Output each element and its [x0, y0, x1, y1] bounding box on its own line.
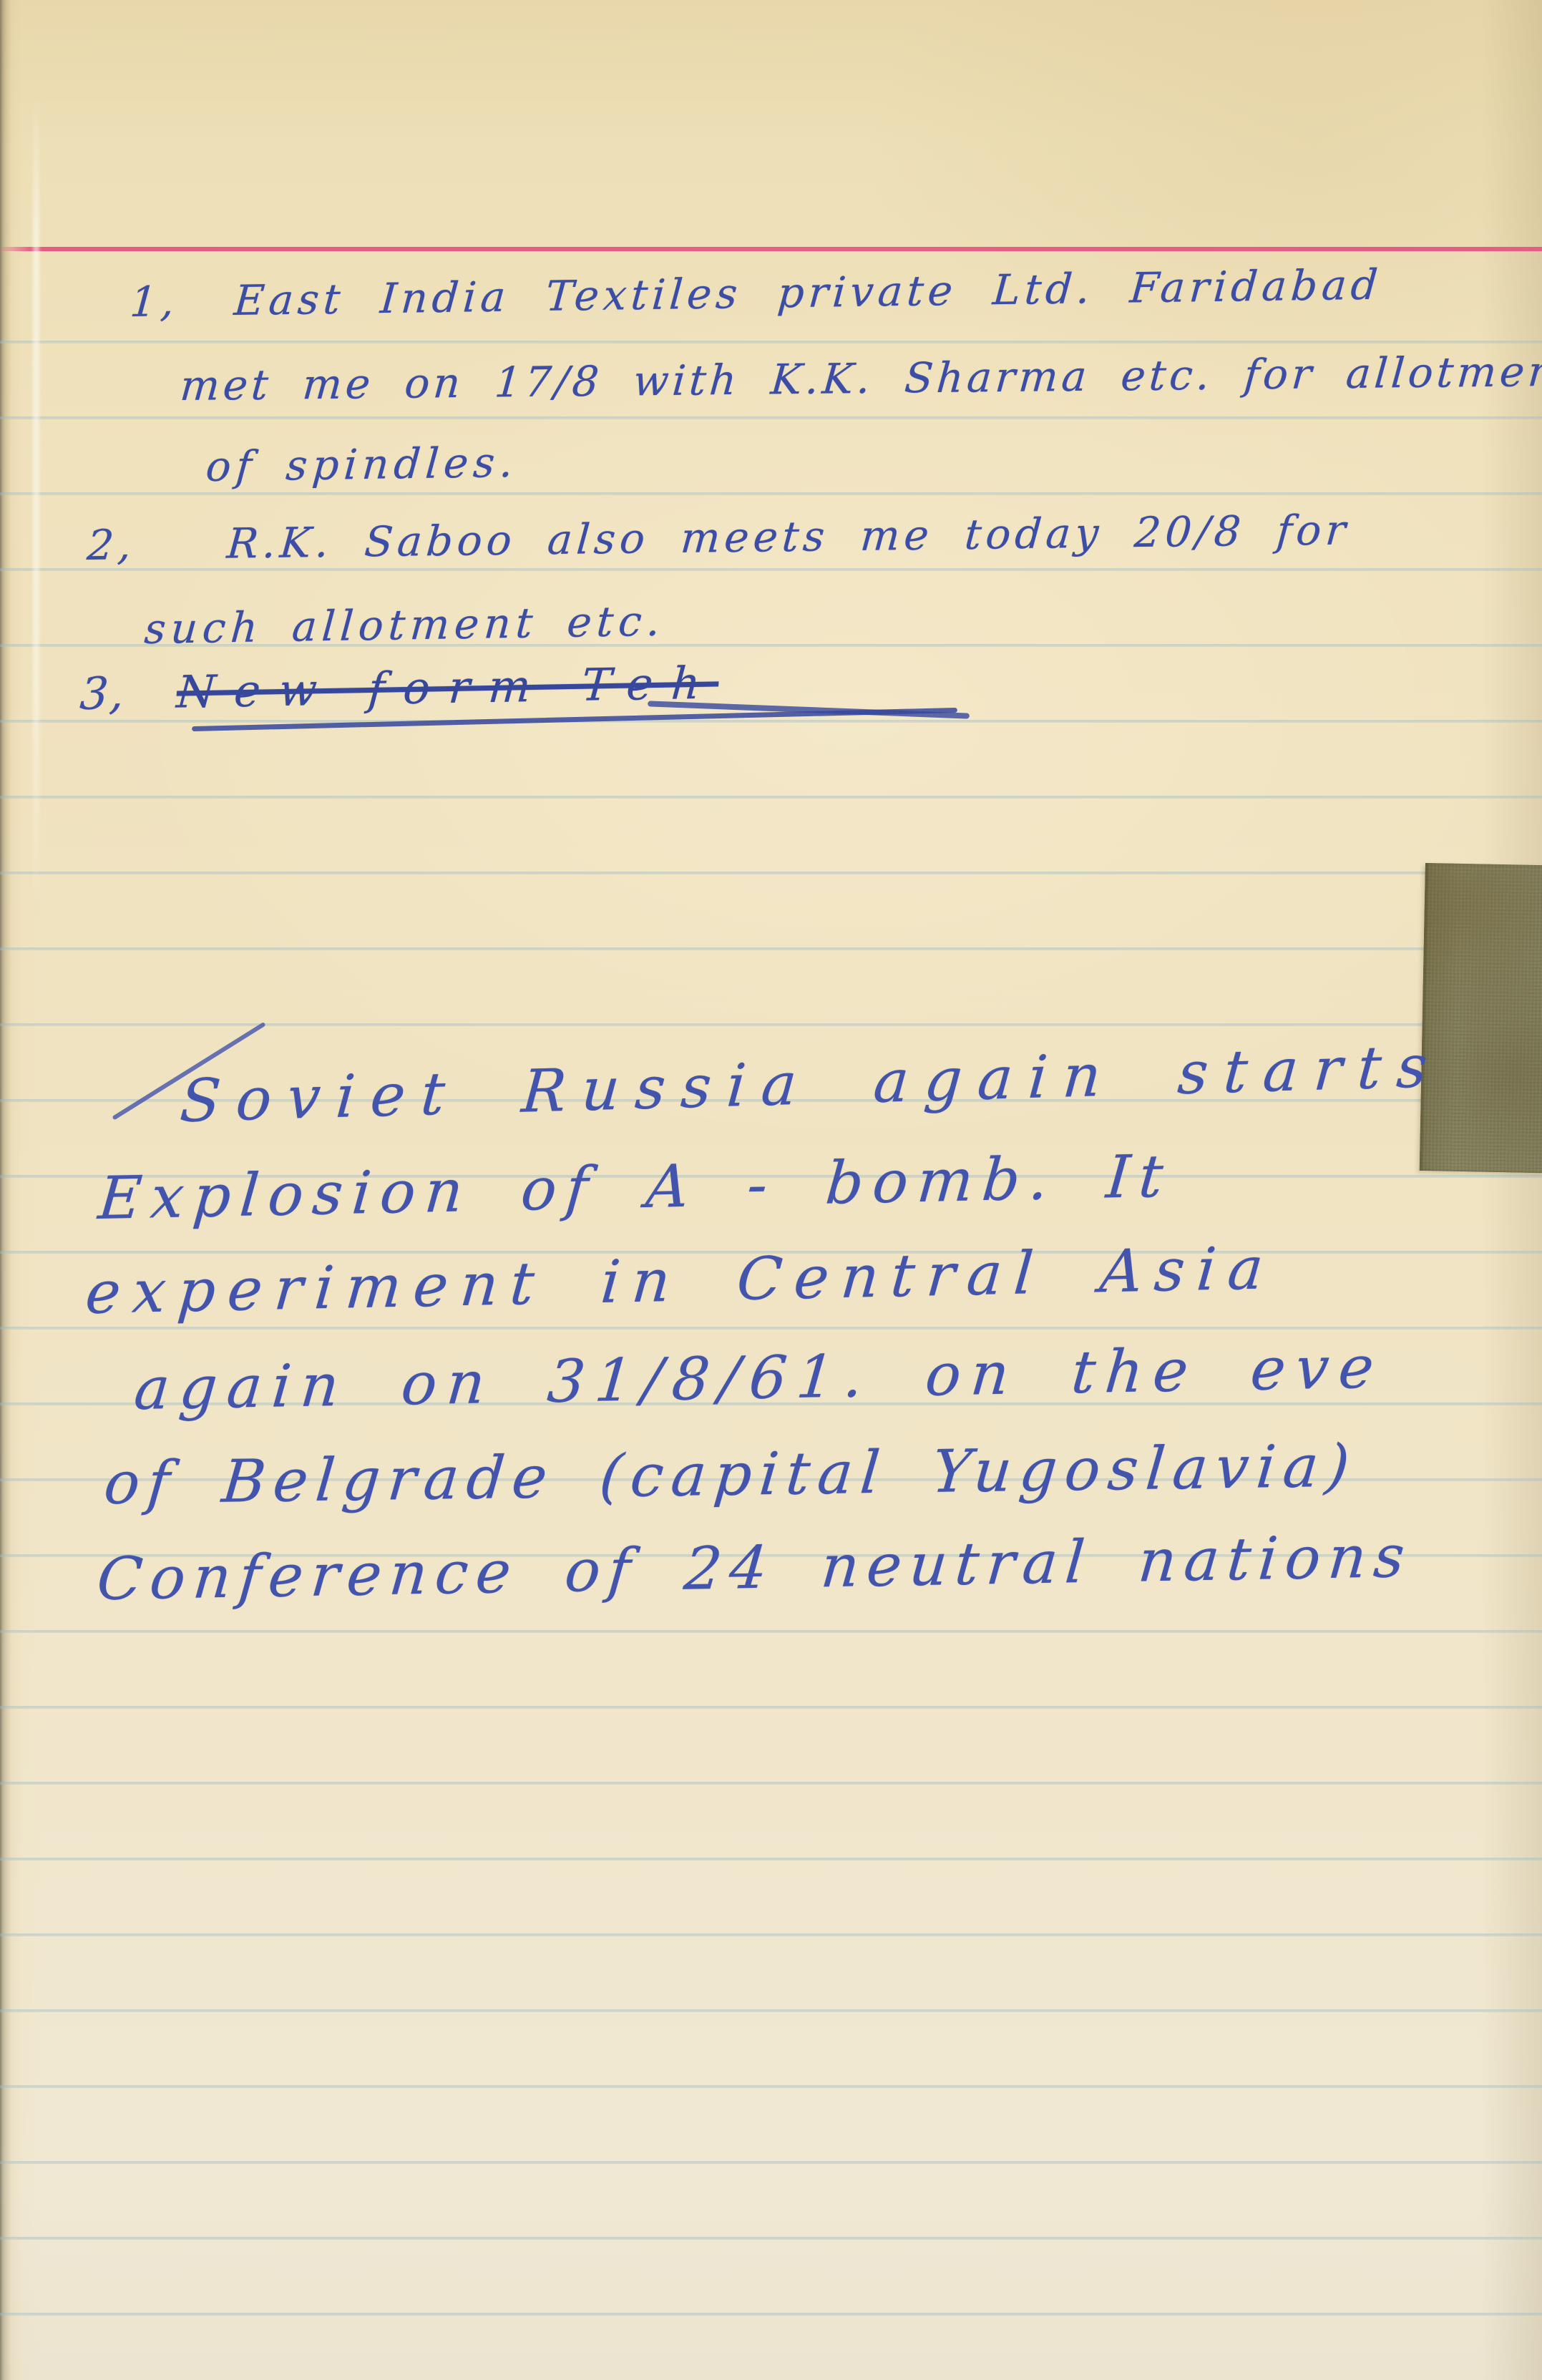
- entry-1-line-3: of spindles.: [205, 438, 520, 491]
- tape-patch: [1420, 863, 1542, 1173]
- entry-1-text-3: of spindles.: [205, 438, 520, 491]
- notebook-page: 1,East India Textiles private Ltd. Farid…: [0, 0, 1542, 2380]
- top-margin-rule: [0, 247, 1542, 251]
- entry-2-number: 2,: [85, 520, 137, 570]
- entry-1-number: 1,: [129, 277, 180, 326]
- entry-3-line-1: 3,New form Teh: [78, 656, 720, 720]
- entry-3-number: 3,: [78, 667, 127, 720]
- entry-2-line-2: such allotment etc.: [143, 597, 667, 654]
- paper-crease: [33, 93, 39, 916]
- entry-1-text-1: East India Textiles private Ltd. Faridab…: [233, 260, 1384, 325]
- entry-3-crossed-out-text: New form Teh: [175, 656, 721, 718]
- entry-2-text-2: such allotment etc.: [143, 597, 667, 654]
- entry-1-line-1: 1,East India Textiles private Ltd. Farid…: [129, 260, 1384, 326]
